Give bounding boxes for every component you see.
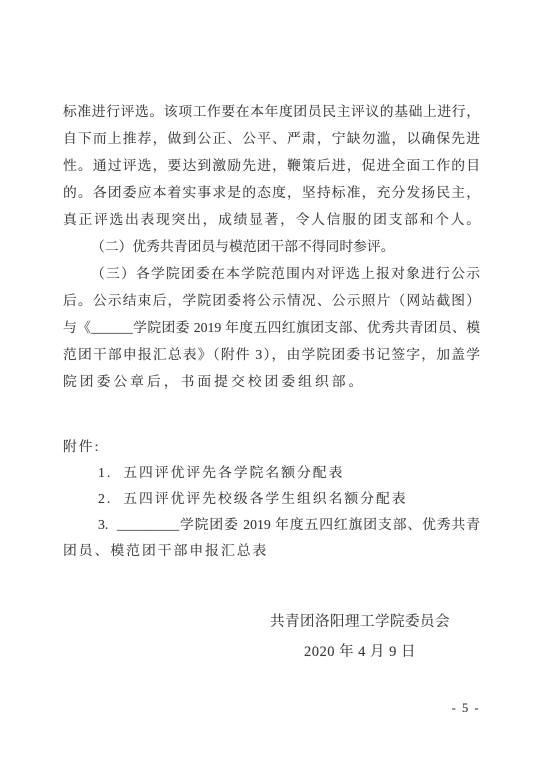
attachment-item-1: 1. 五四评优评先各学院名额分配表 — [63, 460, 480, 486]
body-text: 标准进行评选。该项工作要在本年度团员民主评议的基础上进行， 自下而上推荐，做到公… — [63, 98, 480, 395]
page-number: - 5 - — [452, 701, 480, 716]
attachment-item-3: 3. _________学院团委 2019 年度五四红旗团支部、优秀共青 — [63, 512, 480, 538]
attachments-section: 附件: 1. 五四评优评先各学院名额分配表 2. 五四评优评先校级各学生组织名额… — [63, 434, 480, 564]
body-line-item-3: （三）各学院团委在本学院范围内对评选上报对象进行公示 — [63, 260, 480, 287]
attachments-heading: 附件: — [63, 434, 480, 460]
body-line-item-2: （二）优秀共青团员与模范团干部不得同时参评。 — [63, 233, 480, 260]
signature-date: 2020 年 4 月 9 日 — [270, 637, 450, 667]
document-page: 标准进行评选。该项工作要在本年度团员民主评议的基础上进行， 自下而上推荐，做到公… — [0, 0, 542, 768]
body-line: 院团委公章后，书面提交校团委组织部。 — [63, 368, 480, 395]
body-line: 标准进行评选。该项工作要在本年度团员民主评议的基础上进行， — [63, 98, 480, 125]
signature-organization: 共青团洛阳理工学院委员会 — [270, 607, 450, 637]
body-line: 真正评选出表现突出，成绩显著，令人信服的团支部和个人。 — [63, 206, 480, 233]
body-line: 与《______学院团委 2019 年度五四红旗团支部、优秀共青团员、模 — [63, 314, 480, 341]
attachment-item-2: 2. 五四评优评先校级各学生组织名额分配表 — [63, 486, 480, 512]
body-line: 的。各团委应本着实事求是的态度，坚持标准，充分发扬民主， — [63, 179, 480, 206]
body-line: 自下而上推荐，做到公正、公平、严肃，宁缺勿滥，以确保先进 — [63, 125, 480, 152]
signature-block: 共青团洛阳理工学院委员会 2020 年 4 月 9 日 — [270, 607, 450, 667]
attachment-item-3-continuation: 团员、模范团干部申报汇总表 — [63, 538, 480, 564]
body-line: 性。通过评选，要达到激励先进，鞭策后进，促进全面工作的目 — [63, 152, 480, 179]
body-line: 范团干部申报汇总表》（附件 3），由学院团委书记签字，加盖学 — [63, 341, 480, 368]
body-line: 后。公示结束后，学院团委将公示情况、公示照片（网站截图） — [63, 287, 480, 314]
